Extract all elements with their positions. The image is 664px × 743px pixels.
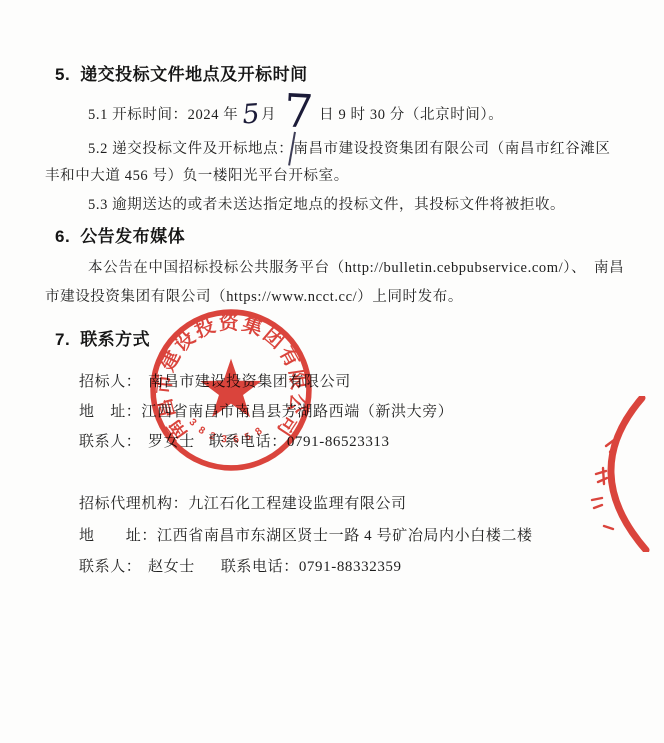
partial-edge-seal-graphic	[570, 396, 664, 552]
item-5-2-submission-place: 5.2 递交投标文件及开标地点：南昌市建设投资集团有限公司（南昌市红谷滩区丰和中…	[45, 136, 623, 190]
month-unit: 月	[261, 107, 276, 123]
agency-label: 招标代理机构：	[79, 496, 188, 512]
section-6-title: 公告发布媒体	[80, 227, 185, 246]
partial-edge-seal	[570, 396, 664, 552]
company-seal-graphic: 南昌市建设投资集团有限公司 3823658	[147, 306, 315, 474]
open-time-prefix: 5.1 开标时间：2024 年	[88, 107, 238, 123]
agency-address-value: 江西省南昌市东湖区贤士一路 4 号矿冶局内小白楼二楼	[157, 528, 533, 544]
item-5-3-late-delivery: 5.3 逾期送达的或者未送达指定地点的投标文件，其投标文件将被拒收。	[45, 192, 565, 219]
company-seal: 南昌市建设投资集团有限公司 3823658	[147, 306, 315, 474]
section-5-heading: 5.递交投标文件地点及开标时间	[55, 60, 308, 85]
handwritten-month-digit: 5	[242, 109, 261, 120]
seal-star-icon	[200, 359, 262, 418]
bidder-contact-label: 联系人：	[79, 430, 148, 451]
bidder-address-label: 地 址：	[79, 400, 141, 421]
handwritten-day-digit: 7	[284, 105, 314, 117]
agency-phone-label: 联系电话：	[221, 559, 299, 575]
agency-address-row: 地 址：江西省南昌市东湖区贤士一路 4 号矿冶局内小白楼二楼	[79, 524, 533, 545]
agency-value: 九江石化工程建设监理有限公司	[188, 496, 406, 512]
bidder-label: 招标人：	[79, 370, 148, 391]
section-6-heading: 6.公告发布媒体	[55, 222, 185, 247]
agency-contact-label: 联系人：	[79, 555, 148, 576]
section-5-number: 5.	[55, 65, 70, 84]
section-5-title: 递交投标文件地点及开标时间	[80, 65, 308, 84]
agency-phone-number: 0791-88332359	[299, 559, 402, 575]
section-7-heading: 7.联系方式	[55, 325, 150, 350]
section-7-title: 联系方式	[80, 330, 150, 349]
agency-contact-row: 联系人：赵女士联系电话：0791-88332359	[79, 555, 402, 576]
scanned-bid-announcement-page: { "doc": { "s5": { "no": "5.", "title": …	[0, 0, 664, 743]
agency-contact-name: 赵女士	[148, 559, 195, 575]
agency-address-label: 地 址：	[79, 528, 157, 544]
section-6-number: 6.	[55, 227, 70, 246]
publication-media-paragraph: 本公告在中国招标投标公共服务平台（http://bulletin.cebpubs…	[45, 254, 629, 312]
section-7-number: 7.	[55, 330, 70, 349]
edge-seal-arc	[611, 398, 646, 550]
seal-serial-number: 3823658	[187, 417, 271, 446]
agency-row: 招标代理机构：九江石化工程建设监理有限公司	[79, 492, 407, 513]
open-time-suffix: 日 9 时 30 分（北京时间）。	[319, 107, 503, 123]
item-5-1-open-time: 5.1 开标时间：2024 年5月7日 9 时 30 分（北京时间）。	[88, 102, 503, 129]
